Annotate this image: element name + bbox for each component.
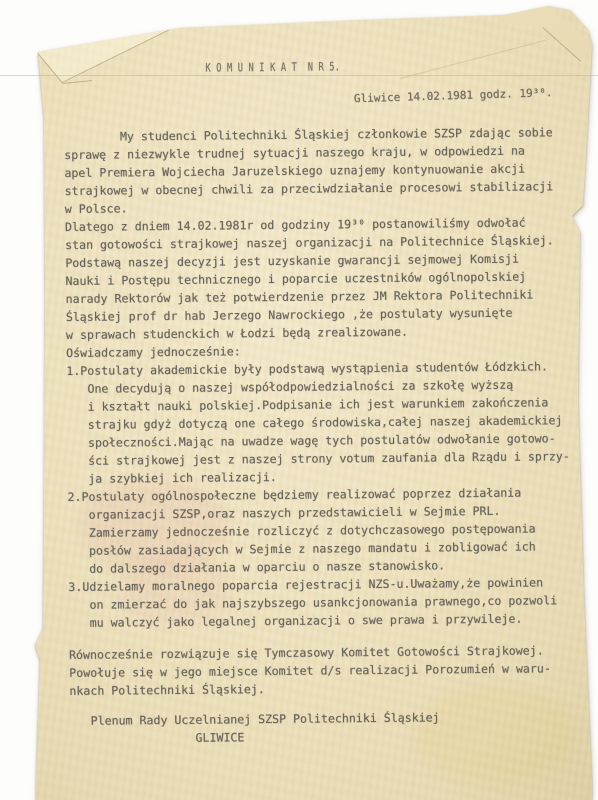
document-dateline: Gliwice 14.02.1981 godz. 19³⁰. [354,84,553,108]
typewritten-text-layer: K O M U N I K A T N R 5. Gliwice 14.02.1… [0,0,598,800]
document-signature: Plenum Rady Uczelnianej SZSP Politechnik… [70,708,440,748]
document-title: K O M U N I K A T N R 5. [205,57,340,76]
scanned-document-page: K O M U N I K A T N R 5. Gliwice 14.02.1… [0,0,598,800]
document-body-text: My studenci Politechniki Śląskiej członk… [64,123,571,632]
scanner-artifact-line [0,75,598,76]
document-closing-text: Równocześnie rozwiązuje się Tymczasowy K… [69,641,551,700]
